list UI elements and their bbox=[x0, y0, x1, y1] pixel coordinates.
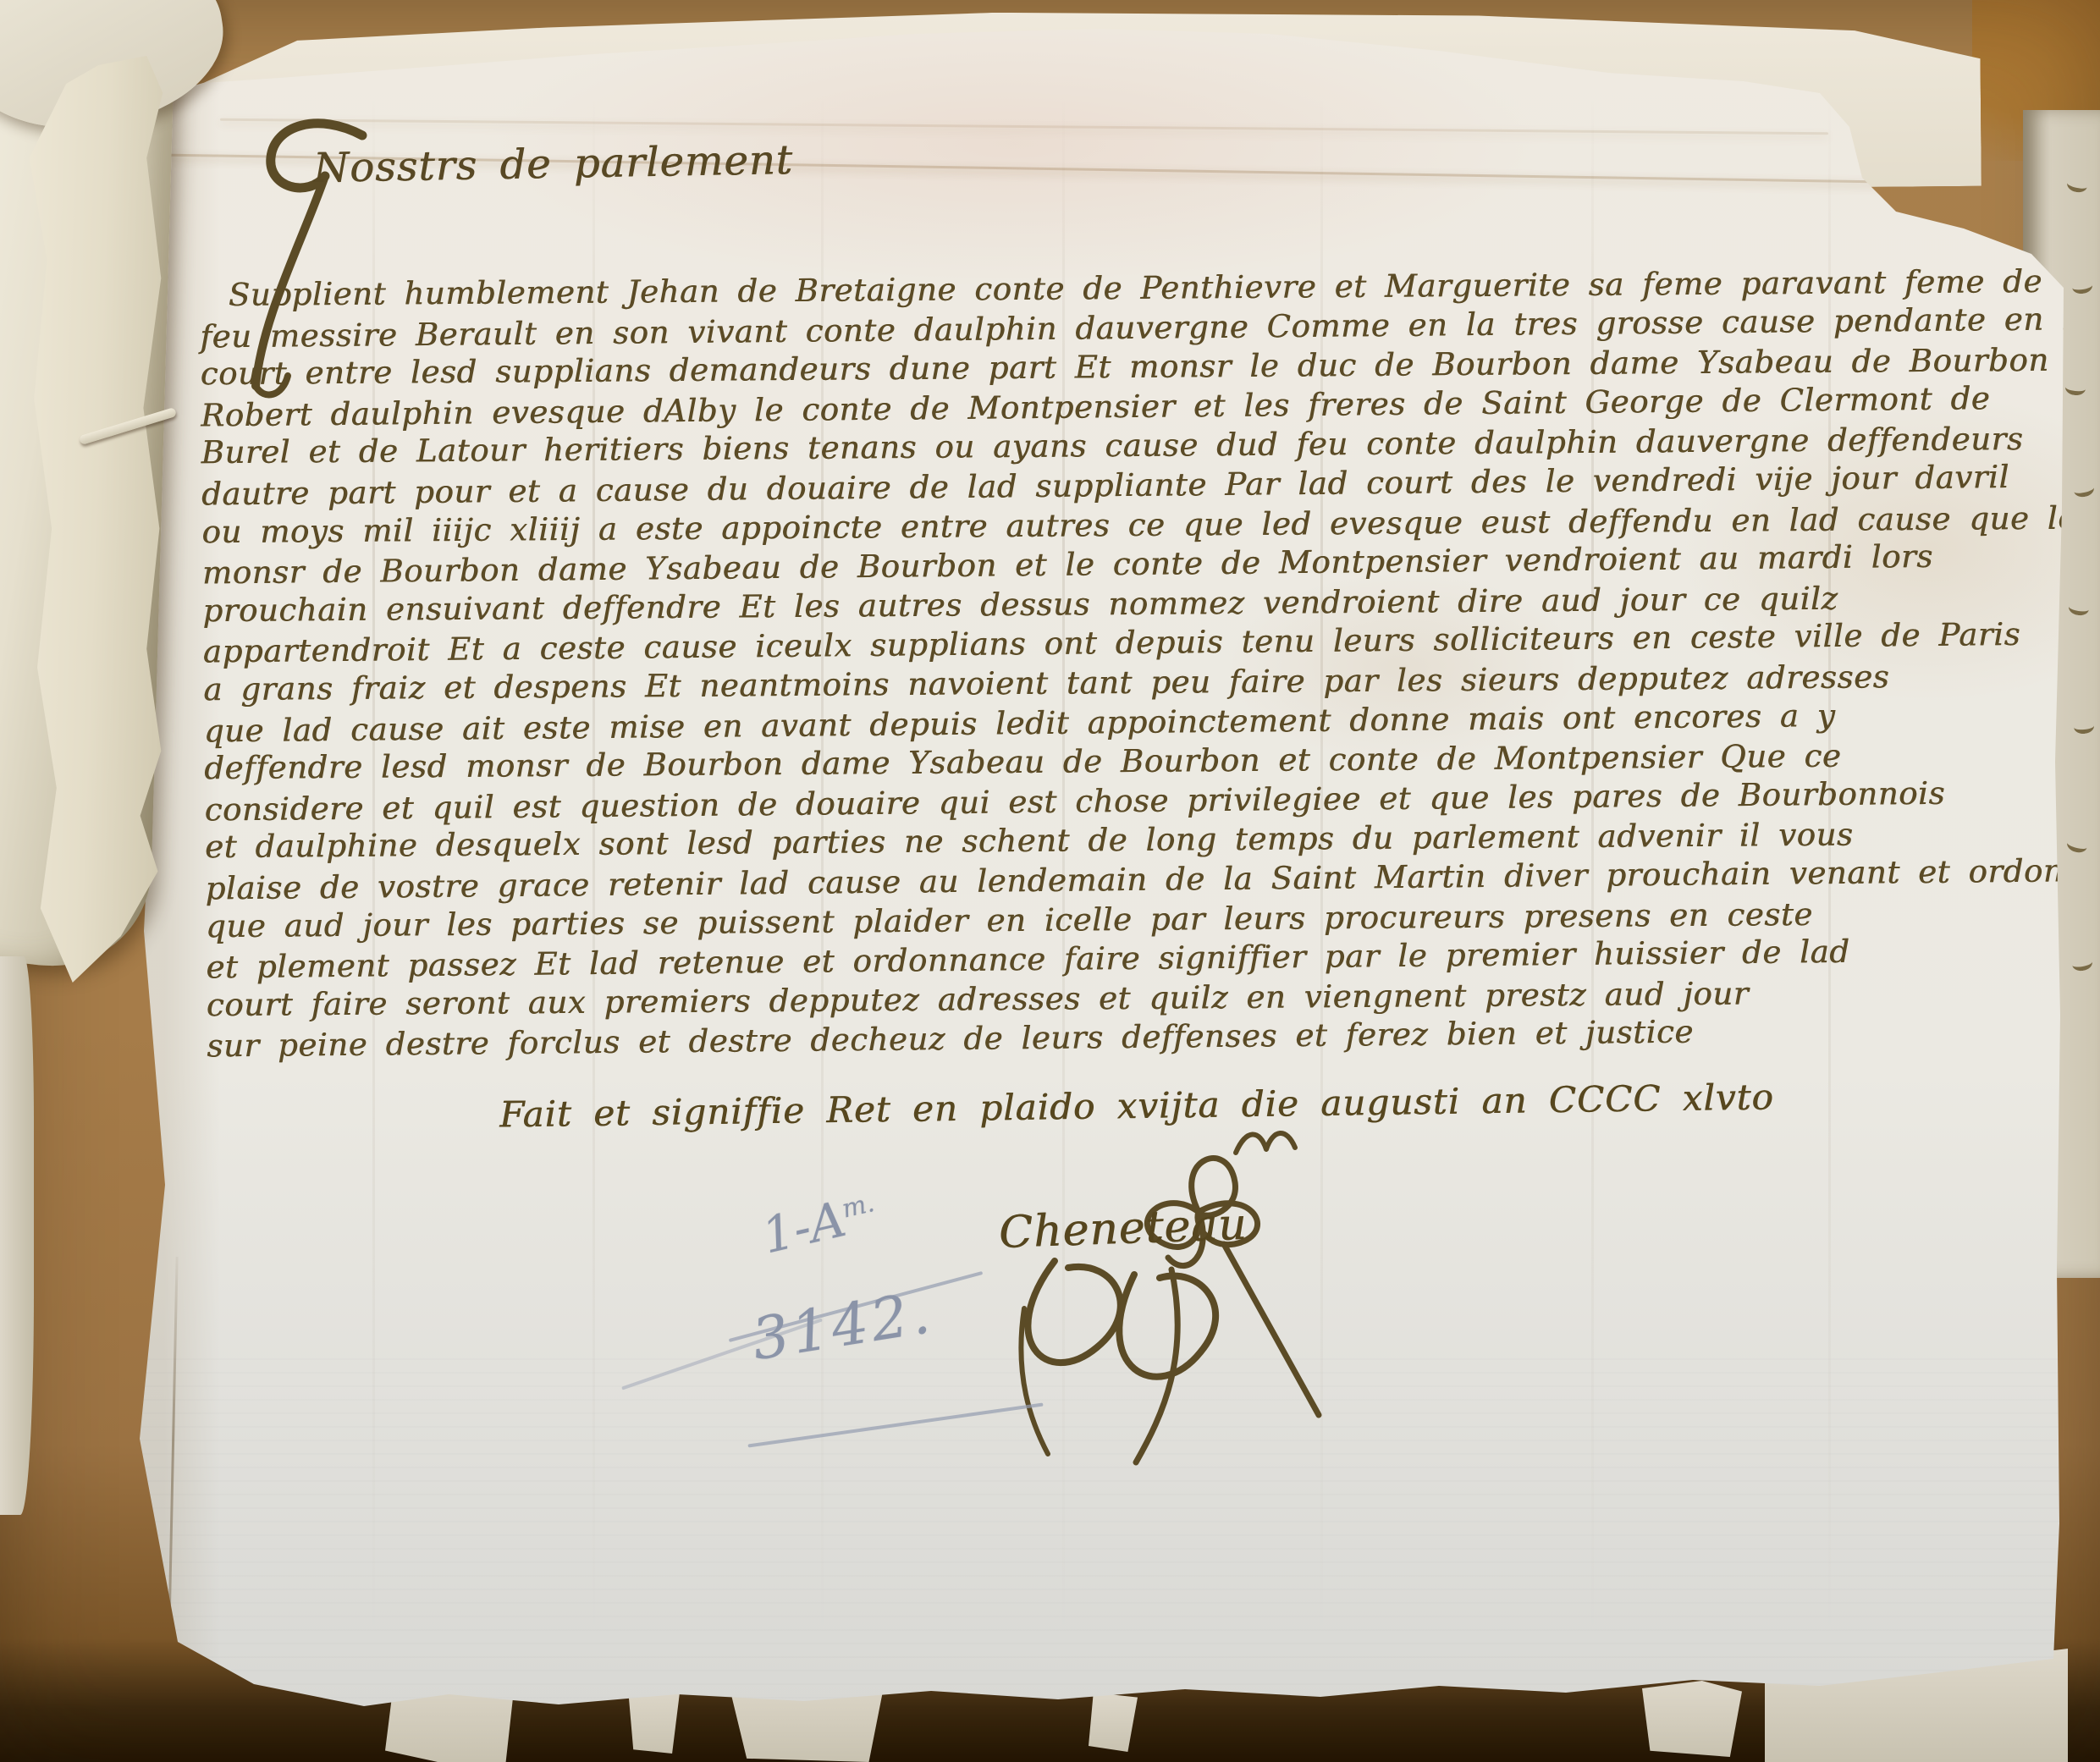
signature-name: Cheneteau bbox=[998, 1199, 1248, 1258]
underlying-page-ink-strokes bbox=[2073, 719, 2094, 735]
signature-block: Cheneteau bbox=[863, 1117, 1405, 1506]
torn-edge-fragment bbox=[1642, 1681, 1742, 1757]
document-heading: Nosstrs de parlement bbox=[313, 136, 794, 192]
underlying-page-ink-strokes bbox=[2065, 835, 2088, 854]
underlying-page-ink-strokes bbox=[2071, 278, 2093, 295]
underlying-page-ink-strokes bbox=[2068, 599, 2090, 617]
manuscript-page: Nosstrs de parlement Supplient humblemen… bbox=[119, 25, 2065, 1714]
underlying-page-ink-strokes bbox=[2065, 176, 2088, 195]
petition-text: Supplient humblement Jehan de Bretaigne … bbox=[200, 261, 2061, 1067]
signature-paraph-icon bbox=[914, 1117, 1388, 1489]
underlying-page-ink-strokes bbox=[2071, 955, 2094, 972]
fold-line bbox=[220, 118, 1828, 135]
archive-photo: Nosstrs de parlement Supplient humblemen… bbox=[0, 0, 2100, 1762]
underlying-page-ink-strokes bbox=[2064, 380, 2086, 396]
torn-edge-fragment bbox=[1089, 1693, 1138, 1752]
underlying-page-ink-strokes bbox=[2072, 481, 2095, 499]
paper-sliver-left bbox=[0, 956, 34, 1515]
